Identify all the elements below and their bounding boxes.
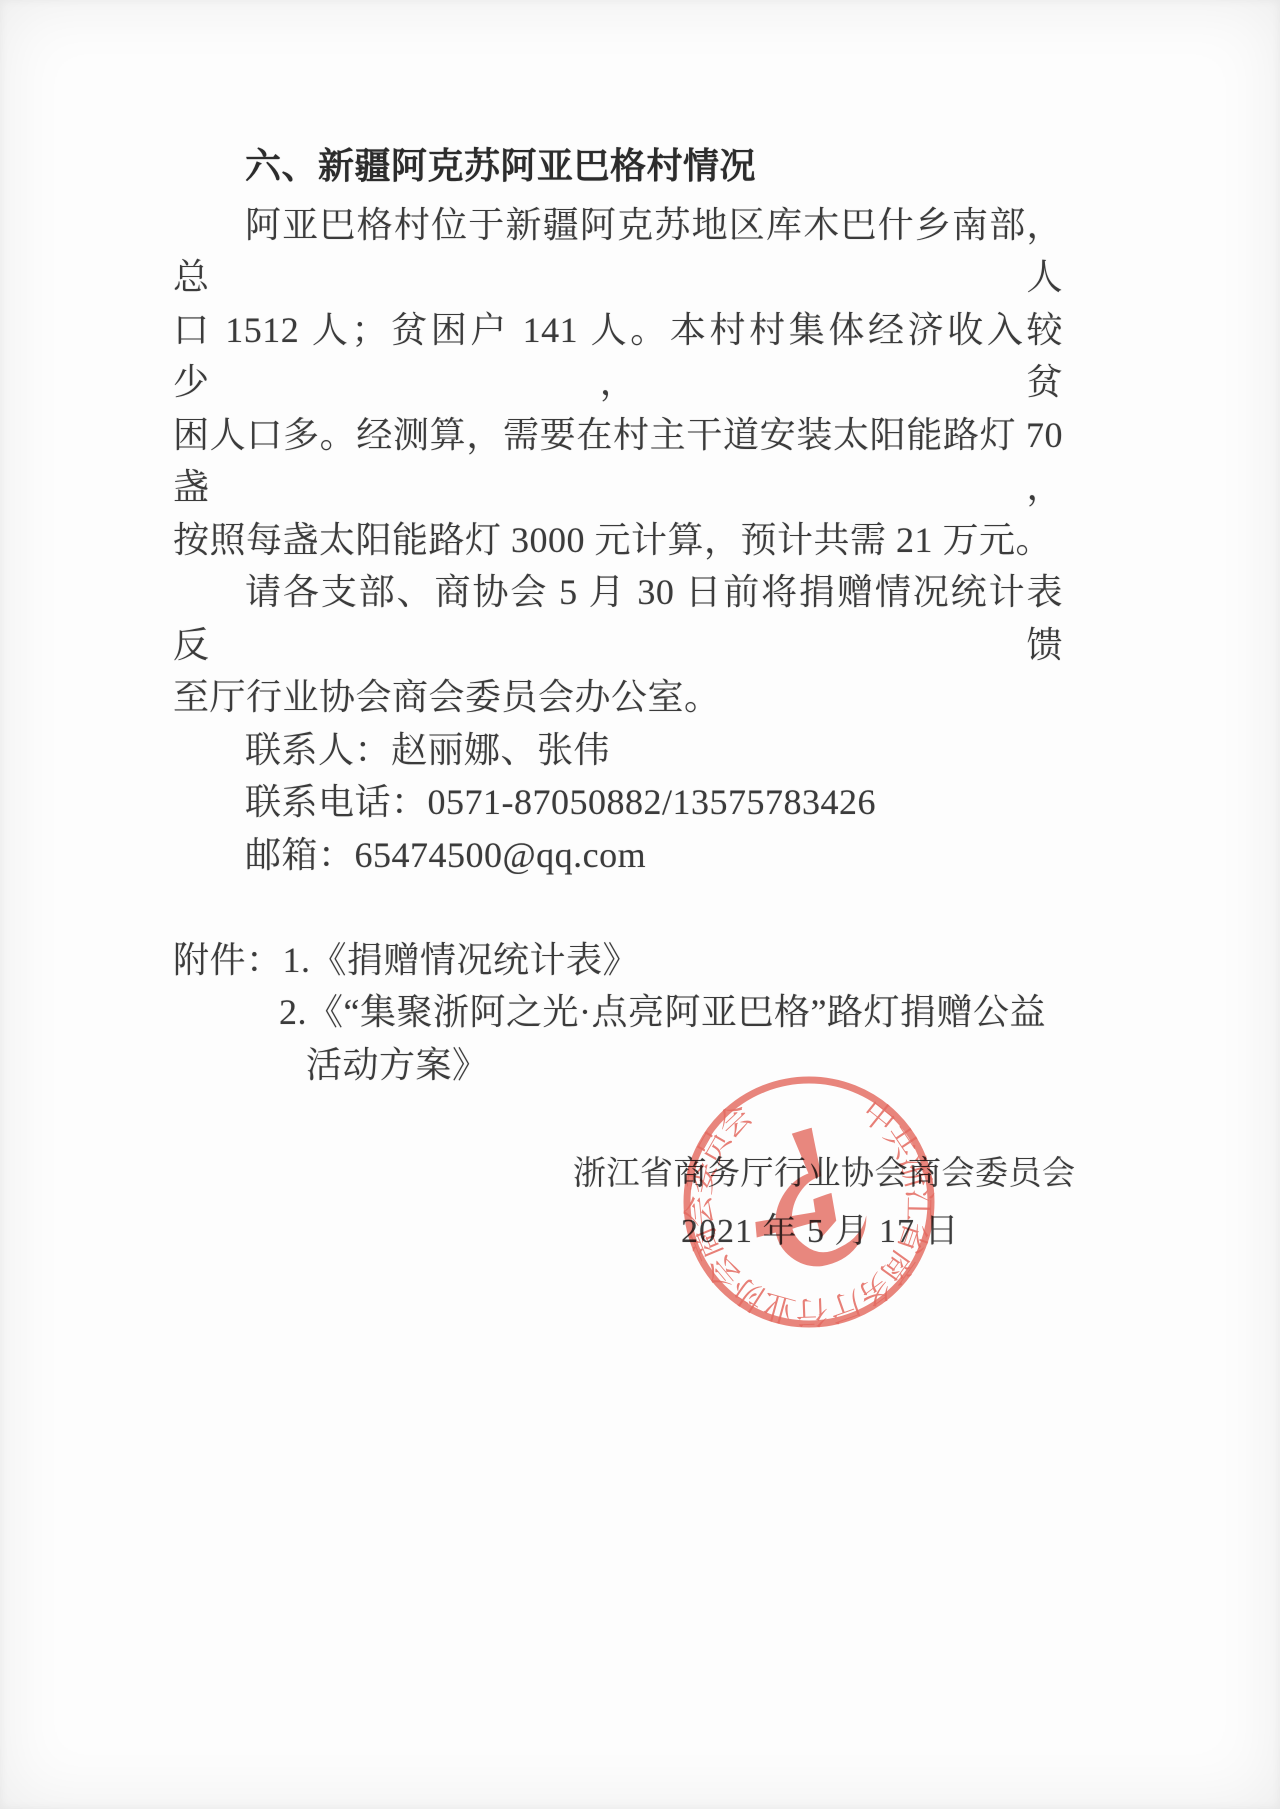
official-seal: 中共浙江省商务厅行业协会商会委员会 ☭ [664, 1057, 954, 1347]
paragraph2-line2: 至厅行业协会商会委员会办公室。 [173, 671, 1063, 724]
attachments-line1: 附件：1.《捐赠情况统计表》 [173, 934, 1063, 987]
paragraph2-line1: 请各支部、商协会 5 月 30 日前将捐赠情况统计表反馈 [173, 566, 1063, 671]
attachments-line2: 2.《“集聚浙阿之光·点亮阿亚巴格”路灯捐赠公益 [173, 986, 1063, 1039]
paragraph1-line4: 按照每盏太阳能路灯 3000 元计算，预计共需 21 万元。 [173, 514, 1063, 567]
document-body: 六、新疆阿克苏阿亚巴格村情况 阿亚巴格村位于新疆阿克苏地区库木巴什乡南部，总人 … [173, 140, 1063, 1091]
contact-phone: 联系电话：0571-87050882/13575783426 [173, 776, 1063, 829]
paragraph1-line3: 困人口多。经测算，需要在村主干道安装太阳能路灯 70 盏， [173, 409, 1063, 514]
contact-person: 联系人：赵丽娜、张伟 [173, 724, 1063, 777]
section-heading: 六、新疆阿克苏阿亚巴格村情况 [173, 140, 1063, 193]
paragraph1-line2: 口 1512 人；贫困户 141 人。本村村集体经济收入较少，贫 [173, 304, 1063, 409]
contact-email: 邮箱：65474500@qq.com [173, 829, 1063, 882]
blank-line [173, 881, 1063, 934]
document-page: 六、新疆阿克苏阿亚巴格村情况 阿亚巴格村位于新疆阿克苏地区库木巴什乡南部，总人 … [0, 0, 1280, 1809]
paragraph1-line1: 阿亚巴格村位于新疆阿克苏地区库木巴什乡南部，总人 [173, 199, 1063, 304]
